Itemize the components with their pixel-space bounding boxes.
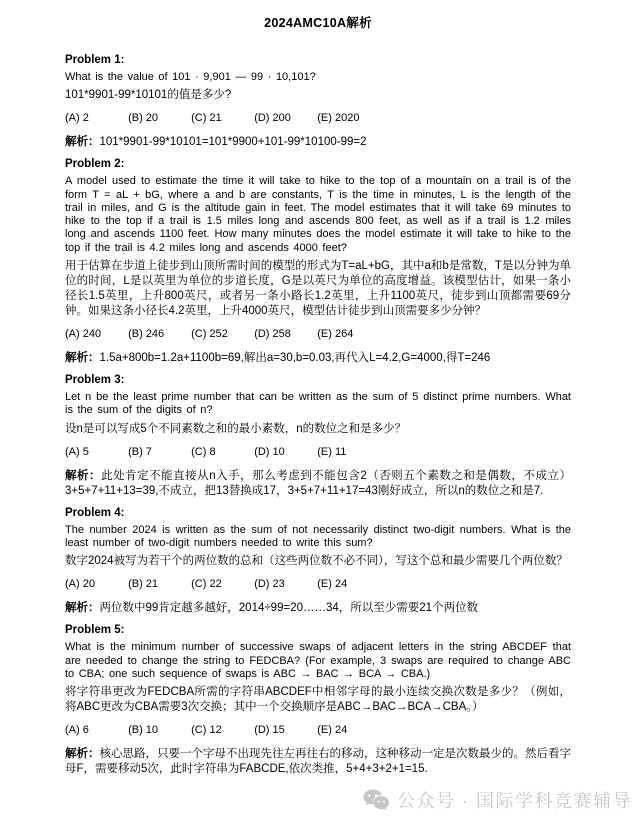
solution-label: 解析： <box>65 136 100 148</box>
problem-3-solution: 解析：此处肯定不能直接从n入手，那么考虑到不能包含2（否则五个素数之和是偶数，不… <box>65 469 571 499</box>
option-b: (B) 21 <box>128 578 188 591</box>
watermark-text: 公众号 · 国际学科竞赛辅导 <box>397 787 632 813</box>
problem-3-question-english: Let n be the least prime number that can… <box>65 391 571 418</box>
problem-2-options-row: (A) 240 (B) 246 (C) 252 (D) 258 (E) 264 <box>65 328 571 341</box>
option-e: (E) 264 <box>317 328 353 341</box>
option-d: (D) 258 <box>254 328 314 341</box>
option-e: (E) 2020 <box>317 112 359 125</box>
solution-text: 核心思路，只要一个字母不出现先往左再往右的移动，这种移动一定是次数最少的。然后看… <box>65 748 571 775</box>
solution-text: 此处肯定不能直接从n入手，那么考虑到不能包含2（否则五个素数之和是偶数，不成立）… <box>65 470 571 497</box>
problem-4-question-english: The number 2024 is written as the sum of… <box>65 524 571 551</box>
option-e: (E) 11 <box>317 446 346 459</box>
problem-5-heading: Problem 5: <box>65 623 571 637</box>
solution-label: 解析： <box>65 602 100 614</box>
problem-5-options-row: (A) 6 (B) 10 (C) 12 (D) 15 (E) 24 <box>65 724 571 737</box>
solution-text: 1.5a+800b=1.2a+1100b=69,解出a=30,b=0.03,再代… <box>100 352 491 364</box>
problem-4: Problem 4: The number 2024 is written as… <box>65 506 571 617</box>
problem-5-solution: 解析：核心思路，只要一个字母不出现先往左再往右的移动，这种移动一定是次数最少的。… <box>65 747 571 777</box>
problem-4-question-chinese: 数字2024被写为若干个的两位数的总和（这些两位数不必不同），写这个总和最少需要… <box>65 554 571 569</box>
problem-2: Problem 2: A model used to estimate the … <box>65 157 571 366</box>
option-d: (D) 15 <box>254 724 314 737</box>
option-c: (C) 21 <box>191 112 251 125</box>
option-d: (D) 10 <box>254 446 314 459</box>
option-c: (C) 22 <box>191 578 251 591</box>
problem-2-solution: 解析：1.5a+800b=1.2a+1100b=69,解出a=30,b=0.03… <box>65 351 571 366</box>
option-d: (D) 23 <box>254 578 314 591</box>
option-a: (A) 6 <box>65 724 125 737</box>
option-d: (D) 200 <box>254 112 314 125</box>
problem-5-question-chinese: 将字符串更改为FEDCBA所需的字符串ABCDEF中相邻字母的最小连续交换次数是… <box>65 685 571 715</box>
page-title: 2024AMC10A解析 <box>65 13 571 31</box>
problem-4-options-row: (A) 20 (B) 21 (C) 22 (D) 23 (E) 24 <box>65 578 571 591</box>
solution-text: 101*9901-99*10101=101*9900+101-99*10100-… <box>100 136 367 148</box>
problem-4-solution: 解析：两位数中99肯定越多越好，2014÷99=20……34，所以至少需要21个… <box>65 601 571 616</box>
option-e: (E) 24 <box>317 724 347 737</box>
watermark: 公众号 · 国际学科竞赛辅导 <box>362 787 632 813</box>
problem-1-heading: Problem 1: <box>65 53 571 67</box>
problem-3-question-chinese: 设n是可以写成5个不同素数之和的最小素数，n的数位之和是多少？ <box>65 422 571 437</box>
problem-5: Problem 5: What is the minimum number of… <box>65 623 571 777</box>
solution-label: 解析： <box>65 470 101 482</box>
solution-text: 两位数中99肯定越多越好，2014÷99=20……34，所以至少需要21个两位数 <box>100 602 479 614</box>
problem-2-question-english: A model used to estimate the time it wil… <box>65 175 571 255</box>
problem-2-heading: Problem 2: <box>65 157 571 171</box>
solution-label: 解析： <box>65 352 100 364</box>
problem-5-question-english: What is the minimum number of successive… <box>65 641 571 681</box>
option-b: (B) 20 <box>128 112 188 125</box>
problem-3-heading: Problem 3: <box>65 373 571 387</box>
problem-4-heading: Problem 4: <box>65 506 571 520</box>
wechat-icon <box>362 788 391 812</box>
problem-1-solution: 解析：101*9901-99*10101=101*9900+101-99*101… <box>65 135 571 150</box>
problem-1-question-english: What is the value of 101 · 9,901 — 99 · … <box>65 71 571 84</box>
problem-1: Problem 1: What is the value of 101 · 9,… <box>65 53 571 150</box>
option-a: (A) 5 <box>65 446 125 459</box>
problem-2-question-chinese: 用于估算在步道上徒步到山顶所需时间的模型的形式为T=aL+bG，其中a和b是常数… <box>65 259 571 319</box>
option-c: (C) 12 <box>191 724 251 737</box>
option-a: (A) 240 <box>65 328 125 341</box>
document-page: 2024AMC10A解析 Problem 1: What is the valu… <box>0 0 635 824</box>
problem-3-options-row: (A) 5 (B) 7 (C) 8 (D) 10 (E) 11 <box>65 446 571 459</box>
option-a: (A) 2 <box>65 112 125 125</box>
option-b: (B) 7 <box>128 446 188 459</box>
problem-3: Problem 3: Let n be the least prime numb… <box>65 373 571 499</box>
option-a: (A) 20 <box>65 578 125 591</box>
problem-1-question-chinese: 101*9901-99*10101的值是多少? <box>65 88 571 103</box>
solution-label: 解析： <box>65 748 100 760</box>
problem-1-options-row: (A) 2 (B) 20 (C) 21 (D) 200 (E) 2020 <box>65 112 571 125</box>
option-c: (C) 8 <box>191 446 251 459</box>
option-b: (B) 10 <box>128 724 188 737</box>
option-b: (B) 246 <box>128 328 188 341</box>
option-e: (E) 24 <box>317 578 347 591</box>
option-c: (C) 252 <box>191 328 251 341</box>
